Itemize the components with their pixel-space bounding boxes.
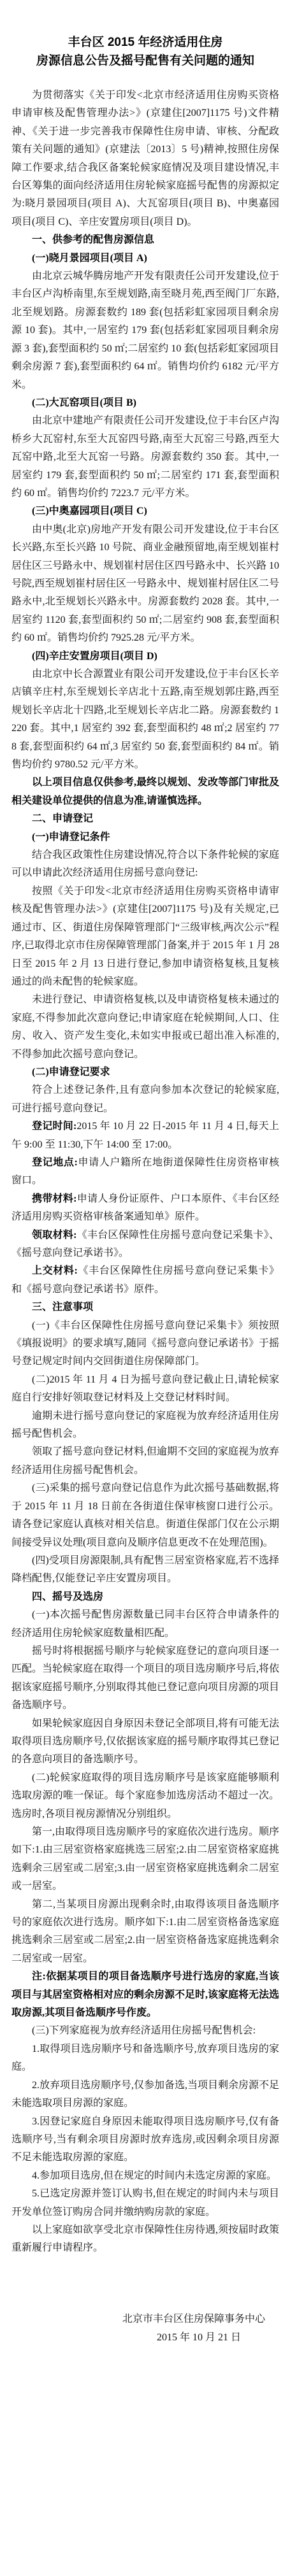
paragraph: 结合我区政策性住房建设情况,符合以下条件轮候的家庭可以申请此次经济适用住房摇号意… bbox=[11, 846, 279, 883]
paragraph: 为贯彻落实《关于印发<北京市经济适用住房购买资格申请审核及配售管理办法>》(京建… bbox=[11, 87, 279, 231]
paragraph: 未进行登记、申请资格复核,以及申请资格复核未通过的家庭,不得参加此次意向登记;申… bbox=[11, 991, 279, 1064]
labeled-paragraph: 登记时间:2015 年 10 月 22 日-2015 年 11 月 4 日,每天… bbox=[11, 1118, 279, 1154]
bold-note-paragraph: 以上项目信息仅供参考,最终以规划、发改等部门审批及相关建设单位提供的信息为准,请… bbox=[11, 774, 279, 810]
document-title-line1: 丰台区 2015 年经济适用住房 bbox=[11, 33, 279, 52]
section-heading: 四、摇号及选房 bbox=[11, 1588, 279, 1606]
issue-date: 2015 年 10 月 21 日 bbox=[11, 2328, 279, 2347]
issuing-authority: 北京市丰台区住房保障事务中心 bbox=[11, 2310, 279, 2328]
paragraph: 3.因登记家庭自身原因未能取得项目选房顺序号,仅有备选顺序号,当有剩余项目房源时… bbox=[11, 2113, 279, 2167]
subsection-heading: (四)辛庄安置房项目(项目 D) bbox=[11, 648, 279, 665]
paragraph: 1.取得项目选房顺序号和备选顺序号,放弃项目选房的家庭。 bbox=[11, 2040, 279, 2077]
field-label: 领取材料: bbox=[32, 1230, 76, 1241]
paragraph: (一)《丰台区保障性住房摇号意向登记采集卡》须按照《填报说明》的要求填写,随同《… bbox=[11, 1317, 279, 1371]
subsection-heading: (二)申请登记要求 bbox=[11, 1064, 279, 1081]
paragraph: (四)受项目房源限制,具有配售三居室资格家庭,若不选择降档配售,仅能登记辛庄安置… bbox=[11, 1552, 279, 1588]
labeled-paragraph: 领取材料:《丰台区保障性住房摇号意向登记采集卡》、《摇号意向登记承诺书》。 bbox=[11, 1227, 279, 1263]
paragraph: 第一,由取得项目选房顺序号的家庭依次进行选房。顺序如下:1.由三居室资格家庭挑选… bbox=[11, 1823, 279, 1896]
paragraph: 以上家庭如欲享受北京市保障性住房待遇,须按届时政策重新履行申请程序。 bbox=[11, 2221, 279, 2258]
paragraph: 逾期未进行摇号意向登记的家庭视为放弃经济适用住房摇号配售机会。 bbox=[11, 1407, 279, 1444]
field-label: 登记时间: bbox=[32, 1121, 76, 1132]
subsection-heading: (二)大瓦窑项目(项目 B) bbox=[11, 394, 279, 412]
paragraph: 4.参加项目选房,但在规定的时间内未选定房源的家庭。 bbox=[11, 2167, 279, 2185]
signature-block: 北京市丰台区住房保障事务中心 2015 年 10 月 21 日 bbox=[11, 2310, 279, 2347]
paragraph: 符合上述登记条件,且有意向参加本次登记的轮候家庭,可进行摇号意向登记。 bbox=[11, 1081, 279, 1118]
paragraph: (三)采集的摇号意向登记信息作为此次摇号基础数据,将于 2015 年 11 月 … bbox=[11, 1479, 279, 1552]
field-label: 上交材料: bbox=[32, 1265, 78, 1276]
paragraph: 由北京云城华腾房地产开发有限责任公司开发建设,位于丰台区卢沟桥南里,东至规划路,… bbox=[11, 267, 279, 394]
paragraph: 按照《关于印发<北京市经济适用住房购买资格申请审核及配售管理办法>》(京建住[2… bbox=[11, 883, 279, 991]
subsection-heading: (一)申请登记条件 bbox=[11, 829, 279, 846]
document-page: { "page": { "background": "#ffffff", "te… bbox=[0, 0, 290, 2576]
labeled-paragraph: 携带材料:申请人身份证原件、户口本原件、《丰台区经济适用房购买资格审核备案通知单… bbox=[11, 1190, 279, 1227]
paragraph: 如果轮候家庭因自身原因未登记全部项目,将有可能无法取得项目选房顺序号,仅依据该家… bbox=[11, 1715, 279, 1769]
paragraph: 5.已选定房源并签订认购书,但在规定的时间内未与项目开发单位签订购房合同并缴纳购… bbox=[11, 2185, 279, 2221]
bold-note-paragraph: 注:依据某项目的项目备选顺序号进行选房的家庭,当该项目与其居室资格相对应的剩余房… bbox=[11, 1968, 279, 2022]
paragraph: 第二,当某项目房源出现剩余时,由取得该项目备选顺序号的家庭依次进行选房。顺序如下… bbox=[11, 1896, 279, 1968]
field-label: 登记地点: bbox=[32, 1157, 78, 1168]
subsection-heading: (一)晓月景园项目(项目 A) bbox=[11, 250, 279, 267]
paragraph: 由北京中长合源置业有限公司开发建设,位于丰台区长辛店镇辛庄村,东至规划长辛店北十… bbox=[11, 665, 279, 774]
subsection-heading: (三)中奥嘉园项目(项目 C) bbox=[11, 502, 279, 520]
paragraph: (二)轮候家庭取得的项目选房顺序号是该家庭能够顺利选取房源的唯一保证。每个家庭参… bbox=[11, 1769, 279, 1823]
labeled-paragraph: 登记地点:申请人户籍所在地街道保障性住房资格审核窗口。 bbox=[11, 1154, 279, 1190]
paragraph: 由北京中建地产有限责任公司开发建设,位于丰台区卢沟桥乡大瓦窑村,东至大瓦窑四号路… bbox=[11, 412, 279, 502]
paragraph: (二)2015 年 11 月 4 日为摇号意向登记截止日,请轮候家庭自行安排好领… bbox=[11, 1371, 279, 1407]
paragraph: (一)本次摇号配售房源数量已同丰台区符合申请条件的经济适用住房轮候家庭数量相匹配… bbox=[11, 1606, 279, 1642]
document-body: 为贯彻落实《关于印发<北京市经济适用住房购买资格申请审核及配售管理办法>》(京建… bbox=[11, 87, 279, 2258]
document-title-line2: 房源信息公告及摇号配售有关问题的通知 bbox=[11, 52, 279, 70]
paragraph: 摇号时将根据摇号顺序与轮候家庭登记的意向项目逐一匹配。当轮候家庭在取得一个项目的… bbox=[11, 1642, 279, 1715]
paragraph: 由中奥(北京)房地产开发有限公司开发建设,位于丰台区长兴路,东至长兴路 10 号… bbox=[11, 521, 279, 648]
paragraph: (三)下列家庭视为放弃经济适用住房摇号配售机会: bbox=[11, 2022, 279, 2040]
section-heading: 一、供参考的配售房源信息 bbox=[11, 231, 279, 249]
paragraph: 2.放弃项目选房顺序号,仅参加备选,当项目剩余房源不足未能选取项目房源的家庭。 bbox=[11, 2077, 279, 2113]
section-heading: 三、注意事项 bbox=[11, 1299, 279, 1316]
labeled-paragraph: 上交材料:《丰台区保障性住房摇号意向登记采集卡》和《摇号意向登记承诺书》原件。 bbox=[11, 1262, 279, 1299]
document-title: 丰台区 2015 年经济适用住房 房源信息公告及摇号配售有关问题的通知 bbox=[11, 33, 279, 70]
paragraph: 领取了摇号意向登记材料,但逾期不交回的家庭视为放弃经济适用住房摇号配售机会。 bbox=[11, 1443, 279, 1479]
section-heading: 二、申请登记 bbox=[11, 810, 279, 828]
notice-document: 丰台区 2015 年经济适用住房 房源信息公告及摇号配售有关问题的通知 为贯彻落… bbox=[0, 0, 290, 2576]
field-label: 携带材料: bbox=[32, 1193, 76, 1204]
